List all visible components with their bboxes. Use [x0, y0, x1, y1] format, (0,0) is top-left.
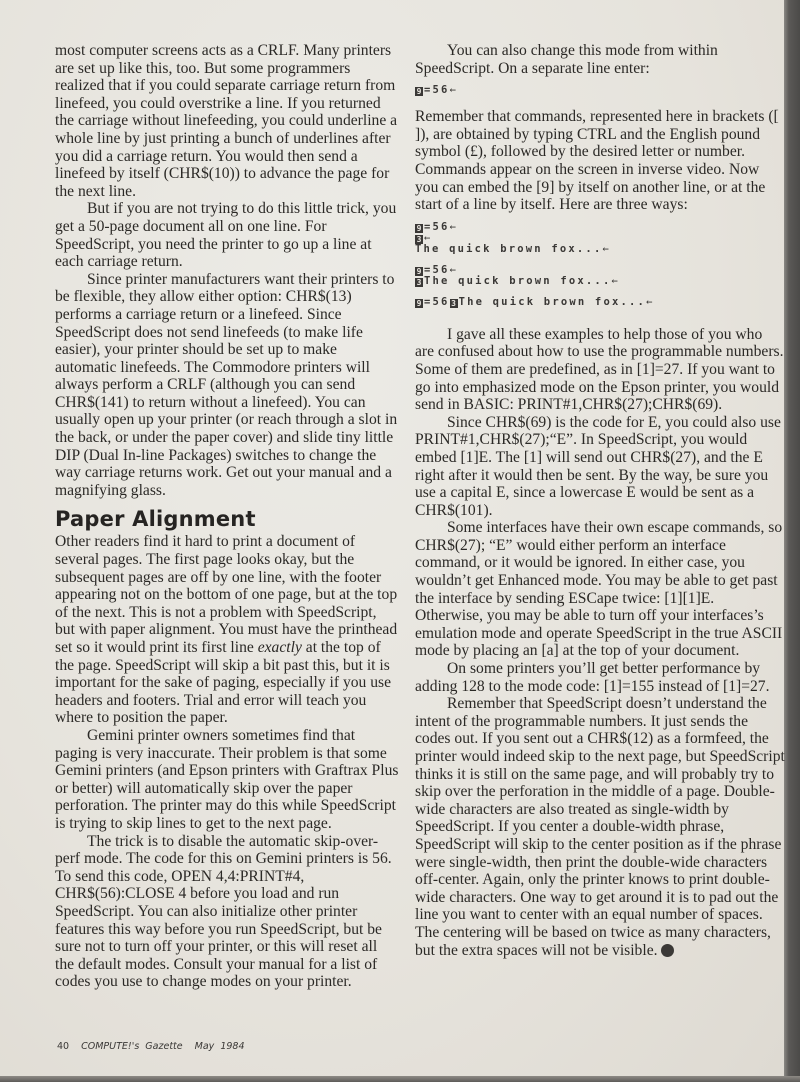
paragraph: But if you are not trying to do this lit… — [55, 200, 400, 270]
return-arrow-icon: ← — [611, 275, 617, 287]
paragraph: Some interfaces have their own escape co… — [415, 519, 785, 660]
inverse-command-icon: 3 — [415, 278, 423, 287]
paragraph: Since CHR$(69) is the code for E, you co… — [415, 414, 785, 520]
code-example-single: 9=56← — [415, 85, 785, 96]
code-text: =56 — [424, 84, 450, 96]
left-column: most computer screens acts as a CRLF. Ma… — [55, 42, 400, 991]
inverse-command-icon: 9 — [415, 87, 423, 96]
inverse-command-icon: 3 — [450, 299, 458, 308]
right-column: You can also change this mode from withi… — [415, 42, 785, 959]
inverse-command-icon: 9 — [415, 224, 423, 233]
code-text: =56 — [424, 296, 450, 308]
magazine-name: COMPUTE!'s Gazette — [81, 1041, 183, 1052]
return-arrow-icon: ← — [450, 221, 456, 233]
code-text: The quick brown fox... — [459, 296, 646, 308]
code-example-3: 9=563The quick brown fox...← — [415, 297, 785, 308]
section-heading: Paper Alignment — [55, 507, 400, 531]
paragraph: The trick is to disable the automatic sk… — [55, 833, 400, 991]
paragraph: Other readers find it hard to print a do… — [55, 533, 400, 727]
inverse-command-icon: 9 — [415, 267, 423, 276]
return-arrow-icon: ← — [646, 296, 652, 308]
paragraph: On some printers you’ll get better perfo… — [415, 660, 785, 695]
code-text: The quick brown fox... — [415, 243, 602, 255]
page-number: 40 — [57, 1041, 69, 1052]
paragraph: You can also change this mode from withi… — [415, 42, 785, 77]
return-arrow-icon: ← — [602, 243, 608, 255]
paragraph-text: Remember that SpeedScript doesn’t unders… — [415, 695, 785, 958]
code-example-1: 9=56← 3← The quick brown fox...← — [415, 222, 785, 255]
paragraph: Remember that SpeedScript doesn’t unders… — [415, 695, 785, 959]
end-of-article-icon — [661, 944, 674, 957]
issue-date: May 1984 — [195, 1041, 245, 1052]
code-text: The quick brown fox... — [424, 275, 611, 287]
paragraph: Remember that commands, represented here… — [415, 108, 785, 214]
emphasis-text: exactly — [258, 639, 302, 656]
paragraph: Gemini printer owners sometimes find tha… — [55, 727, 400, 833]
inverse-command-icon: 9 — [415, 299, 423, 308]
return-arrow-icon: ← — [450, 84, 456, 96]
scan-edge-bottom — [0, 1076, 800, 1082]
paragraph-text: Other readers find it hard to print a do… — [55, 533, 397, 656]
paragraph: I gave all these examples to help those … — [415, 326, 785, 414]
scan-edge-right — [784, 0, 800, 1082]
paragraph: most computer screens acts as a CRLF. Ma… — [55, 42, 400, 200]
paragraph: Since printer manufacturers want their p… — [55, 271, 400, 500]
page-footer: 40 COMPUTE!'s Gazette May 1984 — [57, 1041, 245, 1052]
code-example-2: 9=56← 3The quick brown fox...← — [415, 265, 785, 287]
